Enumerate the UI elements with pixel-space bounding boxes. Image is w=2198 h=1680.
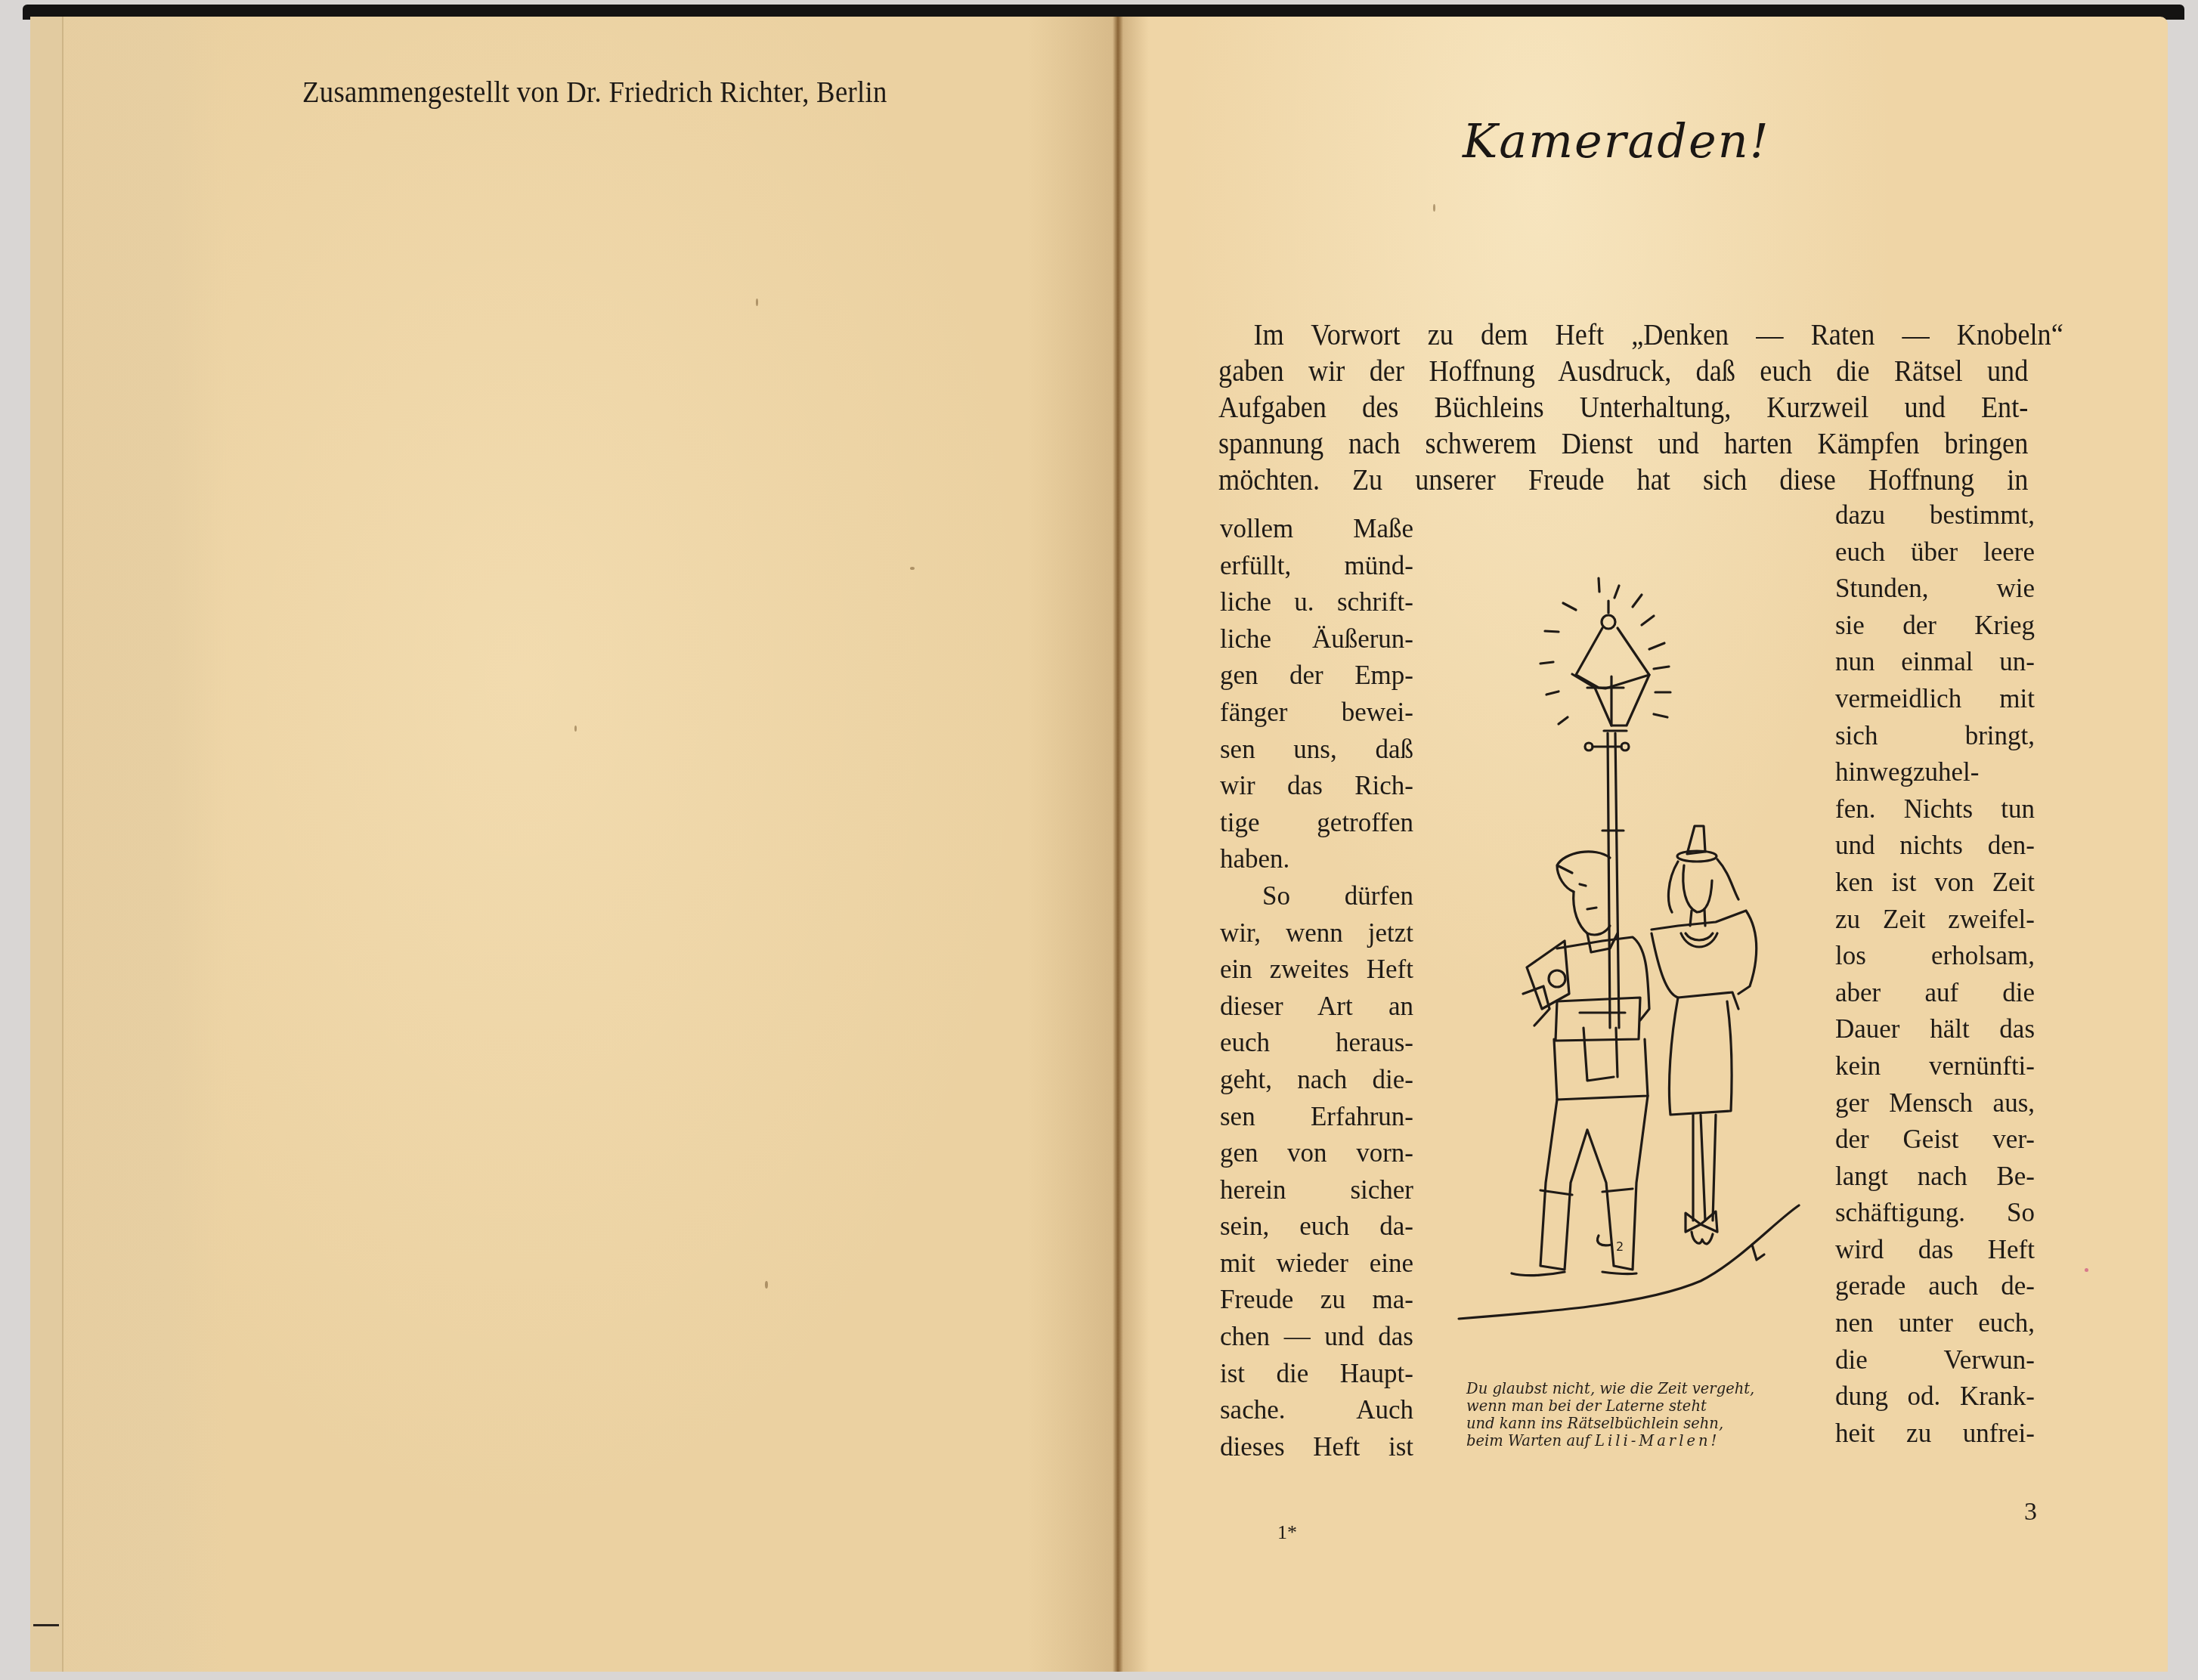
text-line: gen der Emp-	[1220, 657, 1413, 695]
svg-text:2: 2	[1616, 1239, 1624, 1254]
artist-signature-icon	[1752, 1245, 1764, 1260]
text-line: tige getroffen	[1220, 805, 1413, 842]
lamp-light-rays-icon	[1540, 578, 1670, 724]
woman-figure-icon	[1652, 826, 1757, 1244]
text-line: Stunden, wie	[1835, 571, 2035, 608]
printer-mark	[33, 1624, 59, 1626]
text-line: sie der Krieg	[1835, 608, 2035, 645]
text-line: liche u. schrift-	[1220, 584, 1413, 621]
text-line: Im Vorwort zu dem Heft „Denken — Raten —…	[1218, 317, 2063, 354]
paper-speck	[1433, 204, 1435, 212]
text-line: sich bringt,	[1835, 718, 2035, 755]
text-line: dazu bestimmt,	[1835, 497, 2035, 534]
text-line: fen. Nichts tun	[1835, 791, 2035, 828]
text-line: los erholsam,	[1835, 938, 2035, 975]
text-line: hinwegzuhel-	[1835, 754, 2035, 791]
page-edge-strip	[30, 17, 63, 1672]
caption-line: Du glaubst nicht, wie die Zeit vergeht,	[1466, 1380, 1754, 1397]
text-line: liche Äußerun-	[1220, 621, 1413, 658]
text-line: Dauer hält das	[1835, 1011, 2035, 1048]
right-text-column: dazu bestimmt, euch über leere Stunden, …	[1835, 497, 2035, 1452]
soldier-figure-icon: 2	[1512, 852, 1649, 1276]
text-line: nen unter euch,	[1835, 1305, 2035, 1342]
text-line: herein sicher	[1220, 1172, 1413, 1209]
compiler-credit: Zusammengestellt von Dr. Friedrich Richt…	[302, 74, 887, 110]
text-line: wir das Rich-	[1220, 768, 1413, 805]
signature-mark: 1*	[1277, 1521, 1297, 1544]
text-line: ein zweites Heft	[1220, 951, 1413, 989]
text-line: sache. Auch	[1220, 1392, 1413, 1429]
text-line: schäftigung. So	[1835, 1195, 2035, 1232]
text-line: zu Zeit zweifel-	[1835, 902, 2035, 939]
text-line: euch heraus-	[1220, 1025, 1413, 1062]
intro-paragraph: Im Vorwort zu dem Heft „Denken — Raten —…	[1218, 317, 2029, 499]
text-line: vermeidlich mit	[1835, 681, 2035, 718]
text-line: sen uns, daß	[1220, 732, 1413, 769]
text-line: gen von vorn-	[1220, 1135, 1413, 1172]
text-line: gerade auch de-	[1835, 1268, 2035, 1305]
paper-speck	[756, 299, 758, 306]
paper-speck	[910, 567, 915, 570]
illustration-caption: Du glaubst nicht, wie die Zeit vergeht, …	[1466, 1380, 1754, 1450]
text-line: aber auf die	[1835, 975, 2035, 1012]
text-line: mit wieder eine	[1220, 1245, 1413, 1282]
page-title: Kameraden!	[1463, 113, 1770, 169]
text-line: nun einmal un-	[1835, 644, 2035, 681]
text-line: erfüllt, münd-	[1220, 548, 1413, 585]
text-line: chen — und das	[1220, 1319, 1413, 1356]
text-line: ken ist von Zeit	[1835, 865, 2035, 902]
text-line: Aufgaben des Büchleins Unterhaltung, Kur…	[1218, 390, 2028, 426]
text-line: sein, euch da-	[1220, 1208, 1413, 1245]
text-line: sen Erfahrun-	[1220, 1099, 1413, 1136]
caption-name: Lili-Marlen!	[1595, 1432, 1720, 1450]
caption-line: wenn man bei der Laterne steht	[1466, 1397, 1754, 1415]
text-line: spannung nach schwerem Dienst und harten…	[1218, 426, 2028, 463]
caption-line-start: beim Warten auf	[1466, 1432, 1590, 1450]
book-spine-fold	[1113, 17, 1123, 1672]
paper-speck	[574, 726, 577, 732]
page-number: 3	[2024, 1498, 2037, 1527]
text-line: fänger bewei-	[1220, 695, 1413, 732]
text-line: dieses Heft ist	[1220, 1429, 1413, 1466]
caption-line: beim Warten auf Lili-Marlen!	[1466, 1432, 1754, 1450]
text-line: die Verwun-	[1835, 1342, 2035, 1379]
ground-line	[1459, 1205, 1799, 1319]
text-line: dung od. Krank-	[1835, 1378, 2035, 1415]
street-lamp-icon	[1572, 601, 1649, 1028]
text-line: kein vernünfti-	[1835, 1048, 2035, 1085]
text-line: und nichts den-	[1835, 828, 2035, 865]
text-line: vollem Maße	[1220, 511, 1413, 548]
text-line: wird das Heft	[1835, 1232, 2035, 1269]
text-line: ger Mensch aus,	[1835, 1085, 2035, 1122]
left-text-column: vollem Maße erfüllt, münd- liche u. schr…	[1220, 511, 1413, 1465]
text-line: So dürfen	[1220, 878, 1413, 915]
left-page	[30, 17, 1119, 1672]
text-line: dieser Art an	[1220, 989, 1413, 1026]
text-line: heit zu unfrei-	[1835, 1415, 2035, 1453]
text-line: ist die Haupt-	[1220, 1356, 1413, 1393]
text-line: Freude zu ma-	[1220, 1282, 1413, 1319]
text-line: haben.	[1220, 841, 1413, 878]
text-line: wir, wenn jetzt	[1220, 915, 1413, 952]
text-line: der Geist ver-	[1835, 1122, 2035, 1159]
text-line: möchten. Zu unserer Freude hat sich dies…	[1218, 463, 2028, 499]
lamp-post-couple-illustration: 2	[1451, 555, 1814, 1357]
text-line: langt nach Be-	[1835, 1159, 2035, 1196]
paper-speck	[2085, 1268, 2088, 1272]
paper-speck	[765, 1281, 768, 1289]
text-line: euch über leere	[1835, 534, 2035, 571]
caption-line: und kann ins Rätselbüchlein sehn,	[1466, 1415, 1754, 1432]
text-line: gaben wir der Hoffnung Ausdruck, daß euc…	[1218, 354, 2028, 390]
text-line: geht, nach die-	[1220, 1062, 1413, 1099]
